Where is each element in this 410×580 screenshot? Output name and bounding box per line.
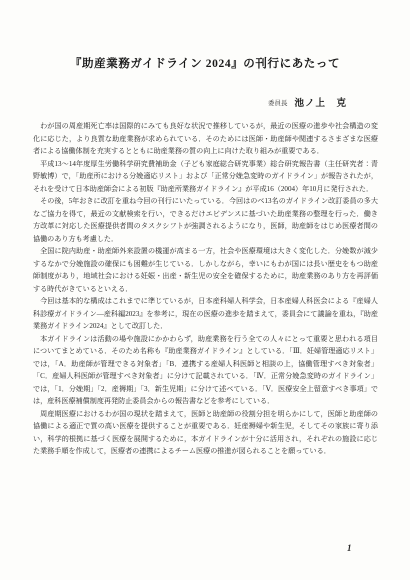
paragraph-6: 本ガイドラインは活動の場や施設にかかわらず，助産業務を行う全ての人々にとって重要… [33, 333, 378, 408]
byline-name: 池ノ上 克 [294, 99, 347, 109]
paragraph-4: 全国に院内助産・助産師外来設置の機運が高まる一方，社会や医療環境は大きく変化した… [33, 245, 378, 295]
byline-role: 委員長 [268, 100, 288, 107]
document-body: わが国の周産期死亡率は国際的にみても良好な状況で推移しているが，最近の医療の進歩… [33, 120, 378, 458]
page-title: 『助産業務ガイドライン 2024』の刊行にあたって [0, 55, 410, 71]
byline: 委員長池ノ上 克 [268, 93, 347, 111]
paragraph-1: わが国の周産期死亡率は国際的にみても良好な状況で推移しているが，最近の医療の進歩… [33, 120, 378, 158]
paragraph-2: 平成13～14年度厚生労働科学研究費補助金（子ども家庭総合研究事業）総合研究報告… [33, 158, 378, 196]
document-page: 『助産業務ガイドライン 2024』の刊行にあたって 委員長池ノ上 克 わが国の周… [0, 0, 410, 580]
paragraph-3: その後，5年おきに改訂を重ね今回の刊行にいたっている．今回はのべ13名のガイドラ… [33, 195, 378, 245]
paragraph-7: 周産期医療におけるわが国の現状を踏まえて，医師と助産師の役割分担を明らかにして，… [33, 408, 378, 458]
paragraph-5: 今回は基本的な構成はこれまでに準じているが，日本産科婦人科学会，日本産婦人科医会… [33, 295, 378, 333]
page-number: 1 [347, 543, 352, 553]
